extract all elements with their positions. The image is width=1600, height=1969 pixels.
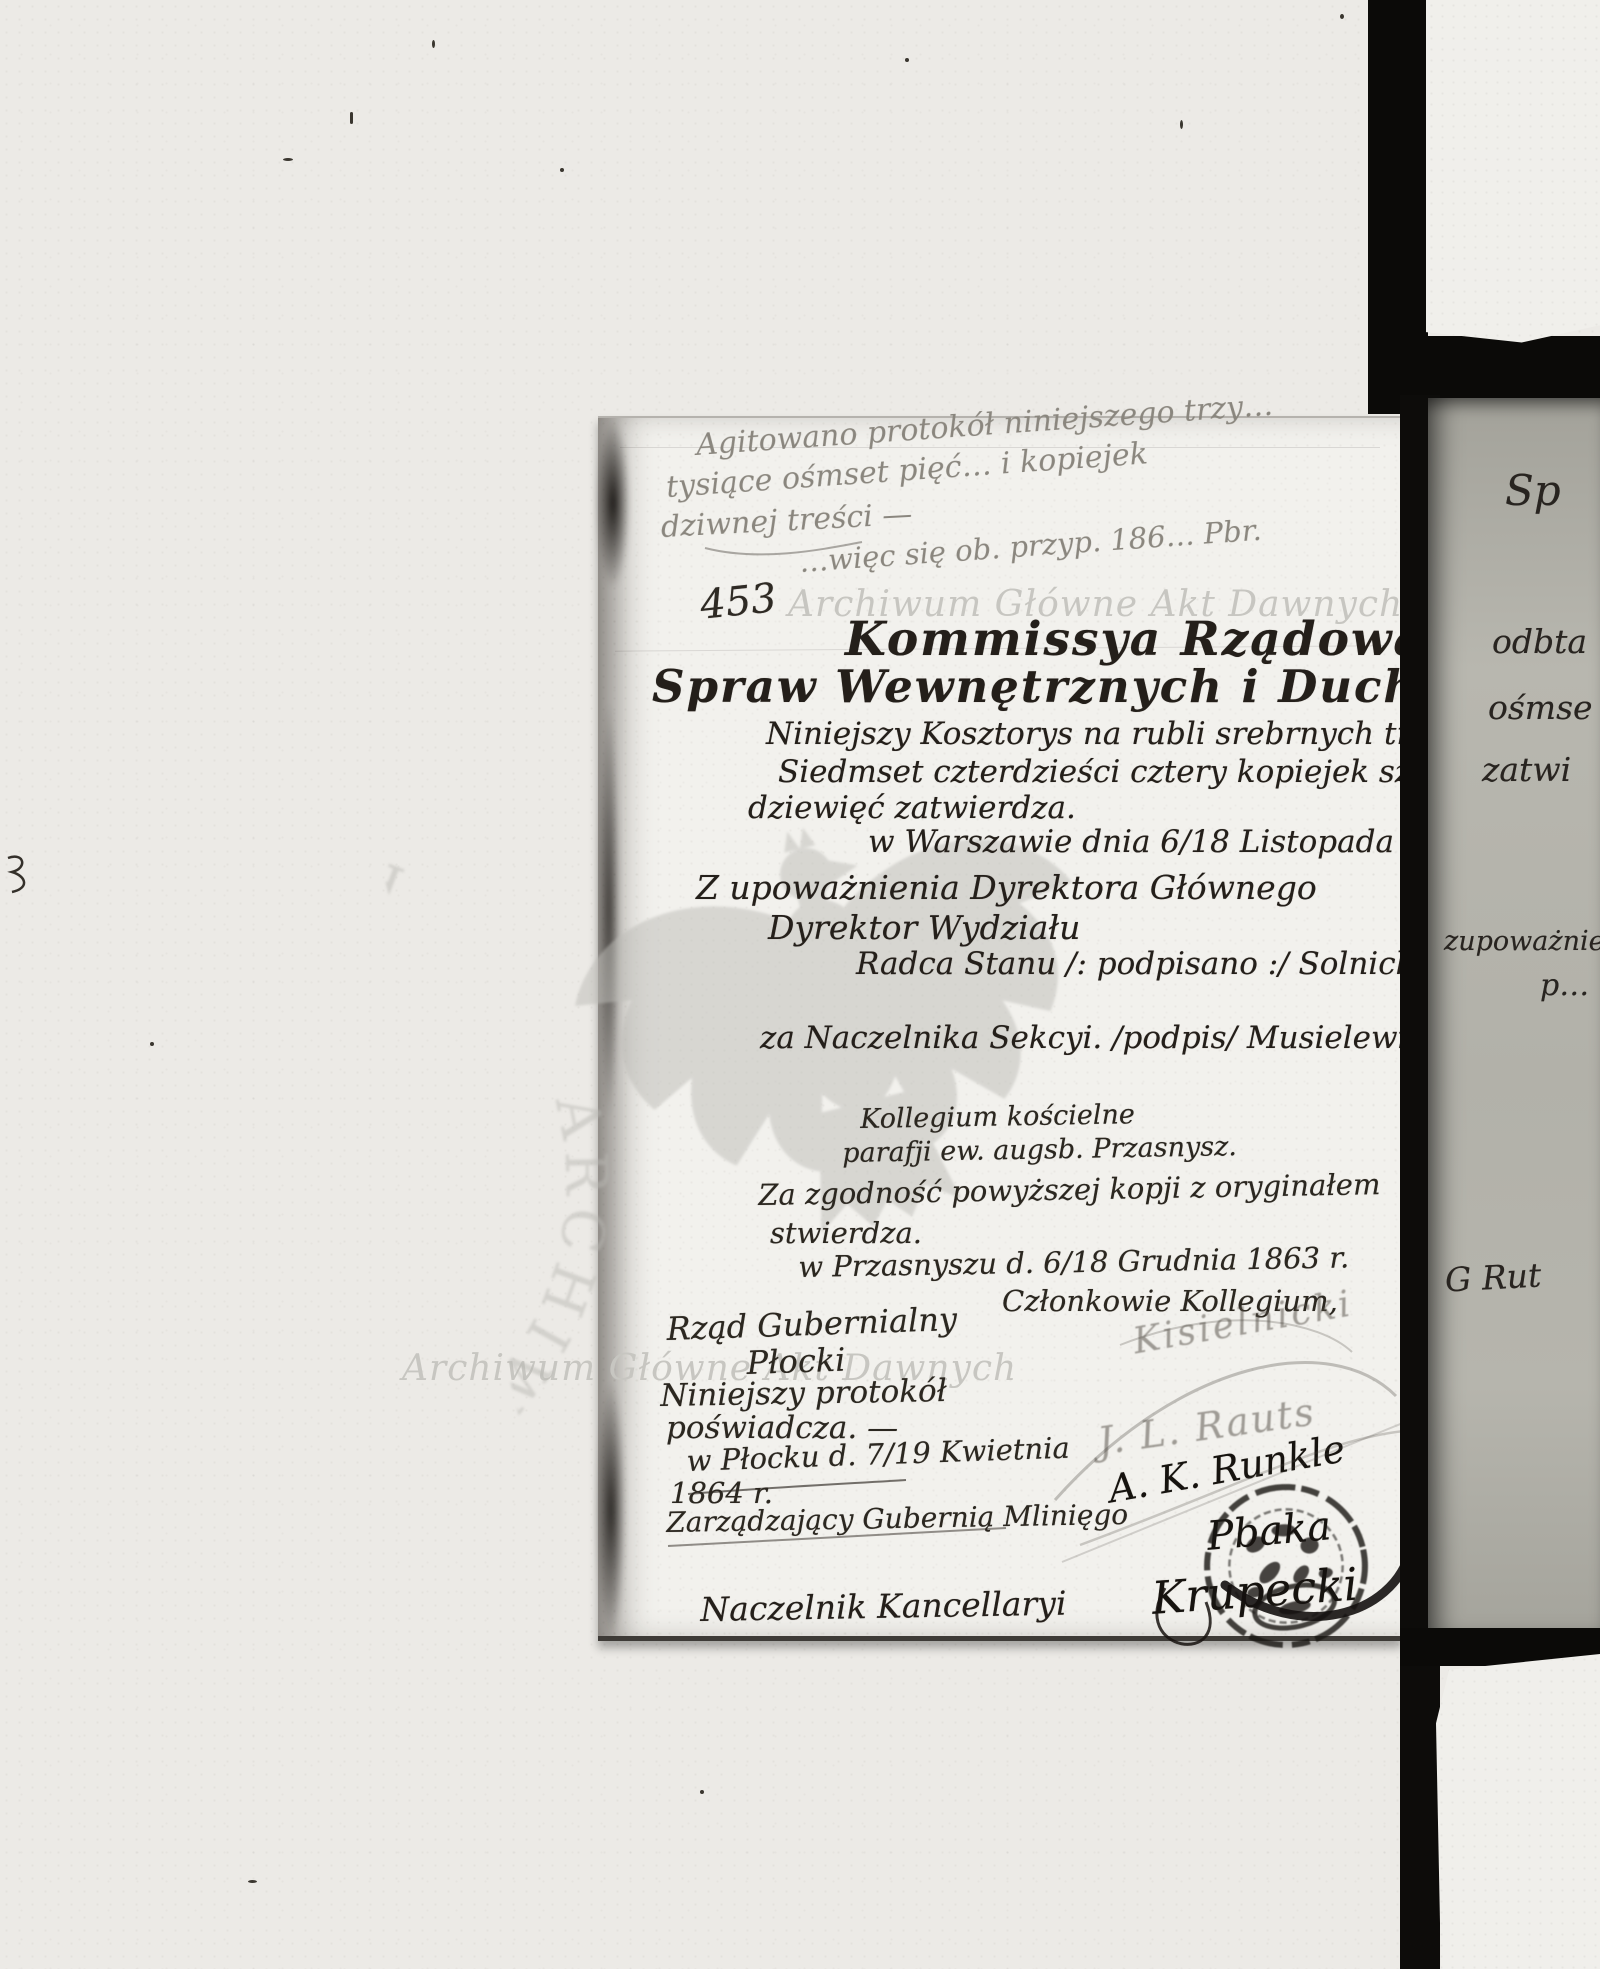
body-line: dziewięć zatwierdza.	[748, 790, 1076, 826]
adjacent-page-text: Sp	[1505, 466, 1561, 515]
body-line: Z upoważnienia Dyrektora Głównego	[696, 868, 1317, 907]
adjacent-page-fragment-top	[1426, 0, 1600, 346]
certification-line: Kollegium kościelne	[860, 1099, 1135, 1135]
seal-top-arc-text: ARCHIWUM GŁÓWNE	[343, 1085, 697, 1507]
adjacent-page-text: p…	[1540, 968, 1589, 1003]
binding-smudge	[596, 418, 630, 588]
scanned-document: Archiwum Główne Akt Dawnych Archiwum Głó…	[0, 0, 1600, 1969]
adjacent-page-text: zupoważnie	[1444, 926, 1600, 957]
scan-speck	[150, 1042, 154, 1046]
scan-speck	[248, 1880, 257, 1883]
scan-speck	[1340, 14, 1344, 19]
adjacent-page-text: G Rut	[1444, 1256, 1542, 1300]
heading-line: Kommissya Rządowa	[845, 612, 1426, 667]
scan-speck	[350, 112, 353, 124]
scan-speck	[905, 58, 909, 62]
adjacent-page-text: zatwi	[1482, 750, 1571, 789]
adjacent-page-text: ośmse	[1488, 688, 1593, 727]
scan-speck	[432, 40, 435, 48]
gubernial-line: Niniejszy protokół	[660, 1373, 947, 1414]
body-line: Radca Stanu /: podpisano :/ Solnicki	[856, 946, 1424, 982]
margin-mark	[8, 857, 24, 892]
scan-speck	[1180, 120, 1183, 129]
svg-text:AKT DAWNYCH: AKT DAWNYCH	[343, 783, 470, 1191]
adjacent-page	[1428, 398, 1600, 1632]
svg-text:ARCHIWUM GŁÓWNE: ARCHIWUM GŁÓWNE	[343, 1085, 697, 1507]
scan-speck	[560, 168, 564, 172]
seal-bottom-arc-text: AKT DAWNYCH	[343, 783, 470, 1191]
certification-line: stwierdza.	[770, 1216, 922, 1250]
body-line: Dyrektor Wydziału	[768, 908, 1080, 947]
chancellery-title: Naczelnik Kancellaryi	[700, 1584, 1067, 1629]
scan-speck	[700, 1790, 704, 1794]
scan-speck	[283, 158, 293, 161]
page-number: 453	[698, 575, 779, 629]
adjacent-page-text: odbta	[1492, 622, 1587, 661]
ink-stamp	[1184, 1464, 1388, 1668]
body-line: za Naczelnika Sekcyi. /podpis/ Musielewi…	[760, 1020, 1441, 1056]
adjacent-page-fragment-bottom	[1436, 1654, 1600, 1969]
